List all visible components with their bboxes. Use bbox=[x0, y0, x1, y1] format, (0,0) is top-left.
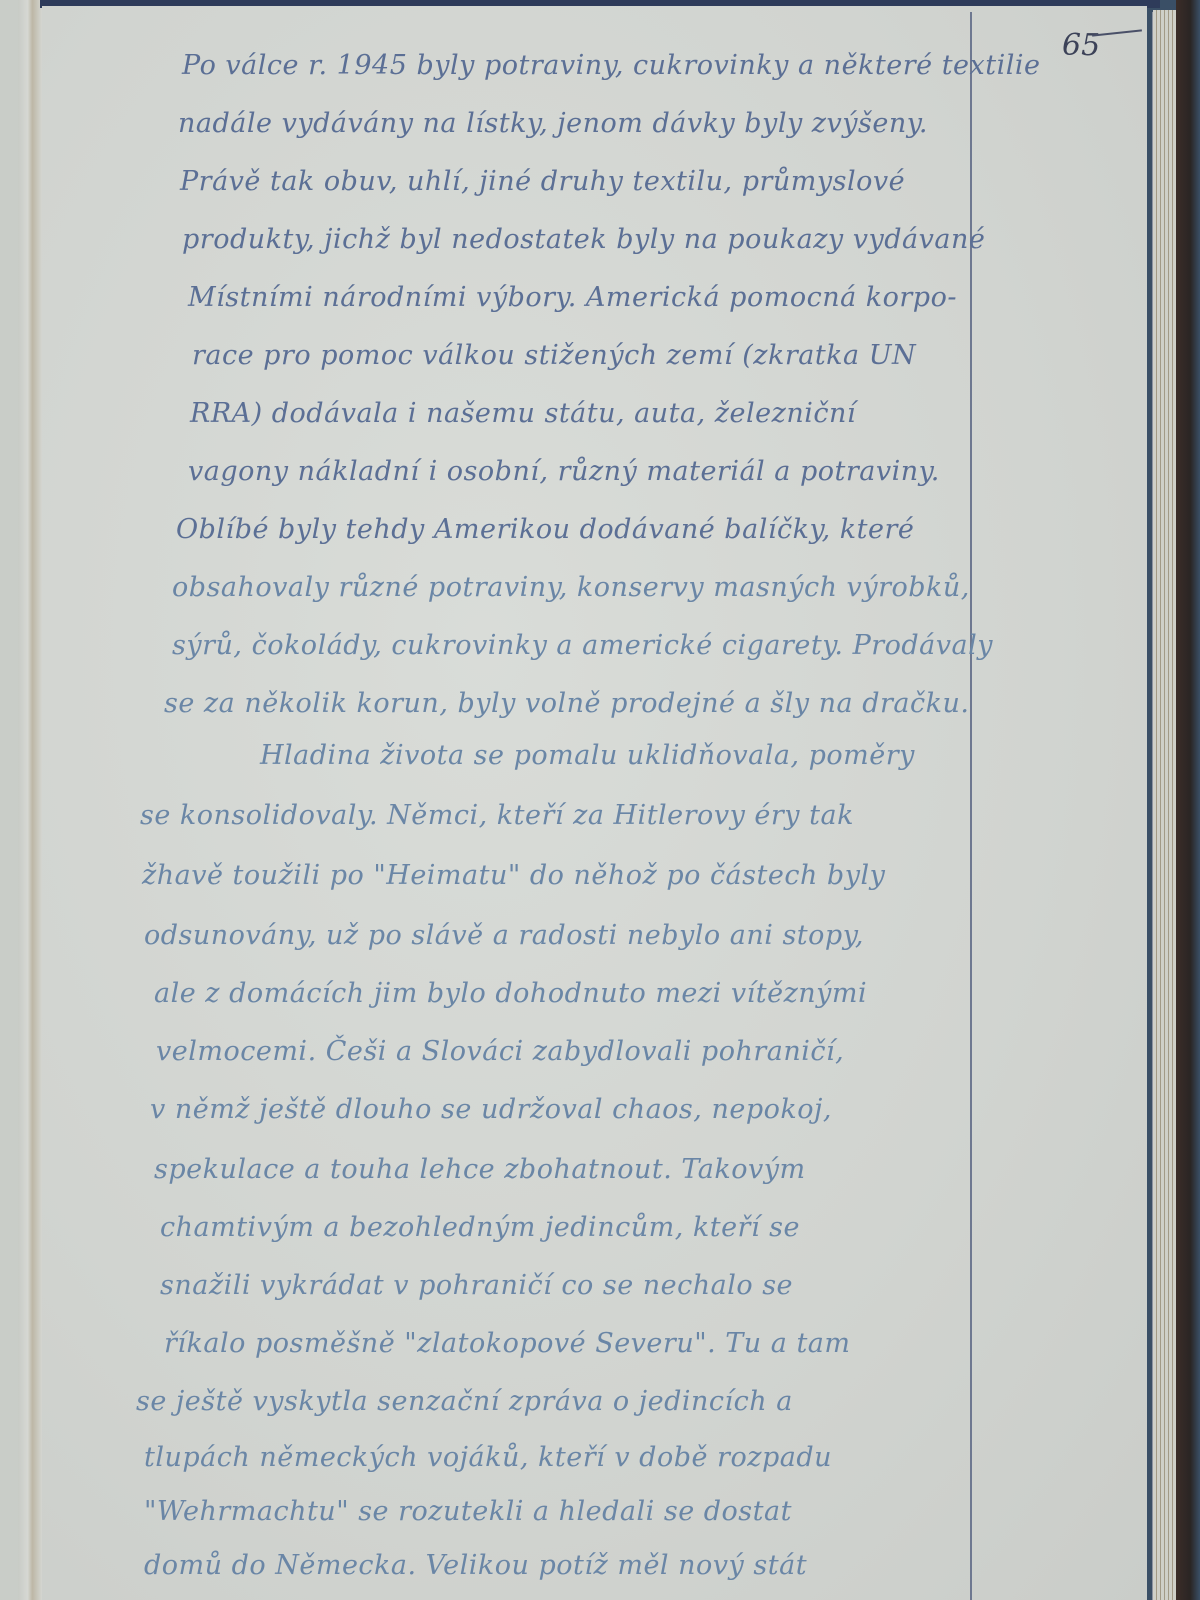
text-line: velmocemi. Češi a Slováci zabydlovali po… bbox=[156, 1036, 844, 1067]
text-line: se konsolidovaly. Němci, kteří za Hitler… bbox=[140, 800, 854, 831]
text-line: říkalo posměšně "zlatokopové Severu". Tu… bbox=[164, 1328, 851, 1359]
text-line: Po válce r. 1945 byly potraviny, cukrovi… bbox=[182, 50, 1041, 81]
text-line: race pro pomoc válkou stižených zemí (zk… bbox=[192, 340, 916, 371]
text-line: Oblíbé byly tehdy Amerikou dodávané balí… bbox=[176, 514, 914, 545]
text-line: Hladina života se pomalu uklidňovala, po… bbox=[260, 740, 915, 771]
text-line: odsunovány, už po slávě a radosti nebylo… bbox=[144, 920, 864, 951]
text-line: tlupách německých vojáků, kteří v době r… bbox=[144, 1442, 832, 1473]
book-cover-right bbox=[1176, 0, 1200, 1600]
text-line: RRA) dodávala i našemu státu, auta, žele… bbox=[190, 398, 856, 429]
text-line: žhavě toužili po "Heimatu" do něhož po č… bbox=[142, 860, 885, 891]
text-line: v němž ještě dlouho se udržoval chaos, n… bbox=[150, 1094, 832, 1125]
text-line: ale z domácích jim bylo dohodnuto mezi v… bbox=[154, 978, 867, 1009]
text-line: produkty, jichž byl nedostatek byly na p… bbox=[182, 224, 985, 255]
text-line: se ještě vyskytla senzační zpráva o jedi… bbox=[136, 1386, 793, 1417]
text-line: "Wehrmachtu" se rozutekli a hledali se d… bbox=[144, 1496, 792, 1527]
text-line: se za několik korun, byly volně prodejné… bbox=[164, 688, 969, 719]
book-gutter bbox=[18, 0, 42, 1600]
page-number: 65 bbox=[1062, 28, 1100, 63]
text-line: vagony nákladní i osobní, různý materiál… bbox=[188, 456, 940, 487]
text-line: sýrů, čokolády, cukrovinky a americké ci… bbox=[172, 630, 993, 661]
text-line: nadále vydávány na lístky, jenom dávky b… bbox=[178, 108, 928, 139]
previous-page-edge bbox=[0, 0, 19, 1600]
text-line: Místními národními výbory. Americká pomo… bbox=[188, 282, 957, 313]
text-line: obsahovaly různé potraviny, konservy mas… bbox=[172, 572, 970, 603]
text-line: Právě tak obuv, uhlí, jiné druhy textilu… bbox=[180, 166, 905, 197]
text-line: snažili vykrádat v pohraničí co se necha… bbox=[160, 1270, 793, 1301]
text-line: spekulace a touha lehce zbohatnout. Tako… bbox=[154, 1154, 806, 1185]
text-line: domů do Německa. Velikou potíž měl nový … bbox=[144, 1550, 807, 1581]
text-line: chamtivým a bezohledným jedincům, kteří … bbox=[160, 1212, 800, 1243]
